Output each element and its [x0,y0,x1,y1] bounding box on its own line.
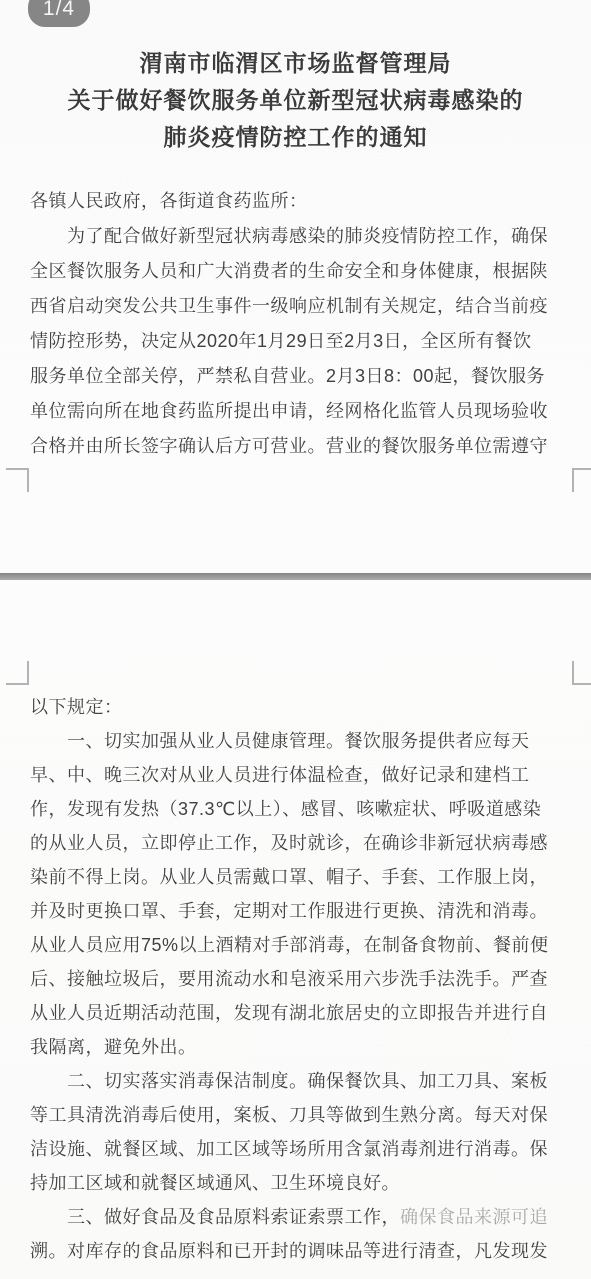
text-line: 并及时更换口罩、手套，定期对工作服进行更换、清洗和消毒。 [30,894,565,928]
text-boundary-corner-bottom-left-page1 [6,468,29,492]
text-boundary-corner-bottom-right-page1 [572,468,591,492]
text-line: 从业人员应用75%以上酒精对手部消毒，在制备食物前、餐前便 [30,928,565,962]
title-line-1: 渭南市临渭区市场监督管理局 [0,45,591,82]
text-line: 的从业人员，立即停止工作，及时就诊，在确诊非新冠状病毒感 [30,826,565,860]
text-line: 溯。对库存的食品原料和已开封的调味品等进行清查，凡发现发 [30,1234,565,1268]
document-title: 渭南市临渭区市场监督管理局 关于做好餐饮服务单位新型冠状病毒感染的 肺炎疫情防控… [0,45,591,156]
text-line: 从业人员近期活动范围，发现有湖北旅居史的立即报告并进行自 [30,996,565,1030]
text-line: 情防控形势，决定从2020年1月29日至2月3日，全区所有餐饮 [30,324,565,359]
text-line: 早、中、晚三次对从业人员进行体温检查，做好记录和建档工 [30,758,565,792]
text-line: 我隔离，避免外出。 [30,1030,565,1064]
page-indicator-label: 1/4 [43,0,75,21]
text-line: 三、做好食品及食品原料索证索票工作，确保食品来源可追 [30,1200,565,1234]
title-line-3: 肺炎疫情防控工作的通知 [0,119,591,156]
text-line: 二、切实落实消毒保洁制度。确保餐饮具、加工刀具、案板 [30,1064,565,1098]
text-line: 染前不得上岗。从业人员需戴口罩、帽子、手套、工作服上岗， [30,860,565,894]
text-line: 作，发现有发热（37.3℃以上）、感冒、咳嗽症状、呼吸道感染 [30,792,565,826]
text-line: 单位需向所在地食药监所提出申请，经网格化监管人员现场验收 [30,394,565,429]
text-segment: 三、做好食品及食品原料索证索票工作， [30,1207,400,1227]
page-separator-bar [0,573,591,580]
text-line: 一、切实加强从业人员健康管理。餐饮服务提供者应每天 [30,724,565,758]
text-line: 持加工区域和就餐区域通风、卫生环境良好。 [30,1166,565,1200]
text-line: 洁设施、就餐区域、加工区域等场所用含氯消毒剂进行消毒。保 [30,1132,565,1166]
text-line: 合格并由所长签字确认后方可营业。营业的餐饮服务单位需遵守 [30,429,565,464]
page-indicator-badge: 1/4 [28,0,90,27]
text-line: 全区餐饮服务人员和广大消费者的生命安全和身体健康，根据陕 [30,254,565,289]
text-line: 以下规定： [30,690,565,724]
page2-body-text: 以下规定： 一、切实加强从业人员健康管理。餐饮服务提供者应每天早、中、晚三次对从… [30,690,565,1268]
text-boundary-corner-top-right-page2 [572,661,591,685]
title-line-2: 关于做好餐饮服务单位新型冠状病毒感染的 [0,82,591,119]
text-line: 后、接触垃圾后，要用流动水和皂液采用六步洗手法洗手。严查 [30,962,565,996]
text-line: 服务单位全部关停，严禁私自营业。2月3日8：00起，餐饮服务 [30,359,565,394]
page1-body-text: 各镇人民政府，各街道食药监所： 为了配合做好新型冠状病毒感染的肺炎疫情防控工作，… [30,184,565,464]
text-boundary-corner-top-left-page2 [6,661,29,685]
faded-text-segment: 确保食品来源可追 [400,1207,548,1227]
text-line: 为了配合做好新型冠状病毒感染的肺炎疫情防控工作，确保 [30,219,565,254]
text-line: 各镇人民政府，各街道食药监所： [30,184,565,219]
text-line: 西省启动突发公共卫生事件一级响应机制有关规定，结合当前疫 [30,289,565,324]
text-line: 等工具清洗消毒后使用，案板、刀具等做到生熟分离。每天对保 [30,1098,565,1132]
